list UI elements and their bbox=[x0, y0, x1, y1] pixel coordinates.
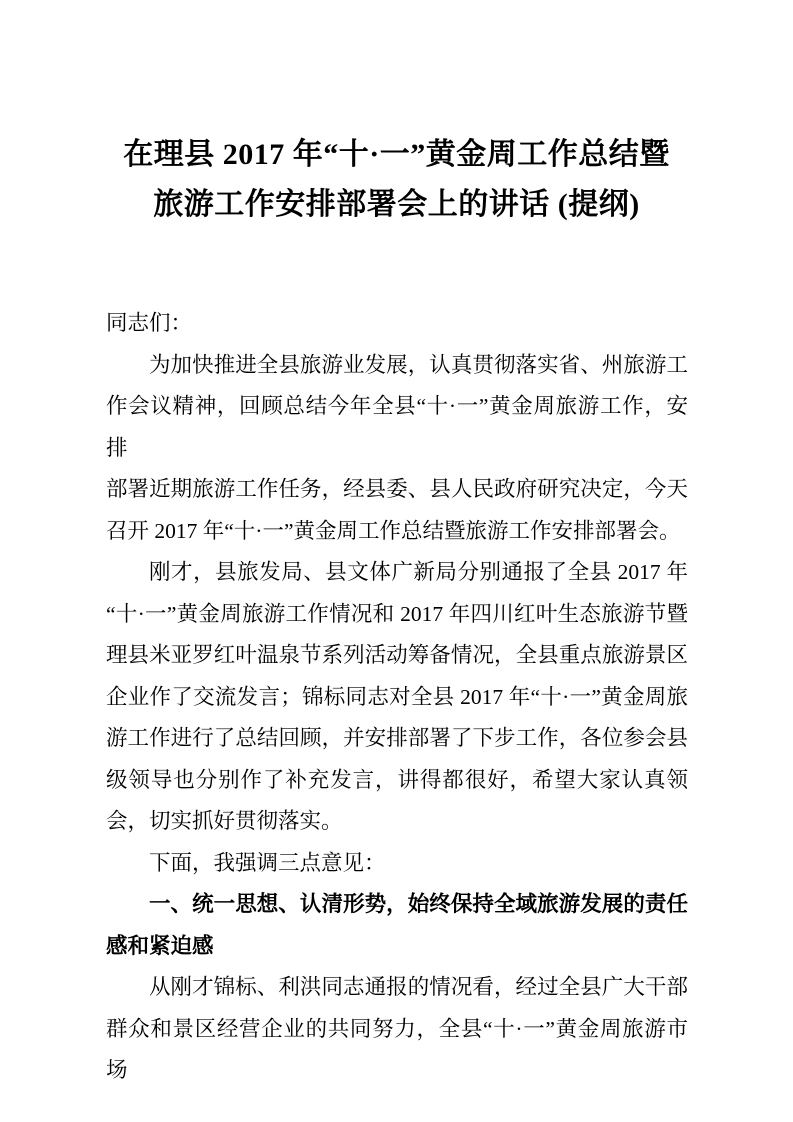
body-line: 一、统一思想、认清形势，始终保持全域旅游发展的责任 bbox=[106, 884, 688, 926]
body-line: “十·一”黄金周旅游工作情况和 2017 年四川红叶生态旅游节暨 bbox=[106, 594, 688, 636]
body-line: 会，切实抓好贯彻落实。 bbox=[106, 801, 688, 843]
body-line: 下面，我强调三点意见： bbox=[106, 843, 688, 885]
document-body: 同志们：为加快推进全县旅游业发展，认真贯彻落实省、州旅游工作会议精神，回顾总结今… bbox=[106, 303, 688, 1092]
body-line: 群众和景区经营企业的共同努力，全县“十·一”黄金周旅游市场 bbox=[106, 1009, 688, 1092]
document-title: 在理县 2017 年“十·一”黄金周工作总结暨 旅游工作安排部署会上的讲话 (提… bbox=[98, 130, 695, 230]
body-line: 召开 2017 年“十·一”黄金周工作总结暨旅游工作安排部署会。 bbox=[106, 511, 688, 553]
body-line: 级领导也分别作了补充发言，讲得都很好，希望大家认真领 bbox=[106, 760, 688, 802]
body-line: 游工作进行了总结回顾，并安排部署了下步工作，各位参会县 bbox=[106, 718, 688, 760]
body-line: 理县米亚罗红叶温泉节系列活动筹备情况，全县重点旅游景区 bbox=[106, 635, 688, 677]
body-line: 感和紧迫感 bbox=[106, 926, 688, 968]
body-line: 部署近期旅游工作任务，经县委、县人民政府研究决定，今天 bbox=[106, 469, 688, 511]
body-line: 刚才，县旅发局、县文体广新局分别通报了全县 2017 年 bbox=[106, 552, 688, 594]
body-line: 从刚才锦标、利洪同志通报的情况看，经过全县广大干部 bbox=[106, 967, 688, 1009]
body-line: 作会议精神，回顾总结今年全县“十·一”黄金周旅游工作，安排 bbox=[106, 386, 688, 469]
title-line-2: 旅游工作安排部署会上的讲话 (提纲) bbox=[98, 180, 695, 230]
body-line: 为加快推进全县旅游业发展，认真贯彻落实省、州旅游工 bbox=[106, 345, 688, 387]
title-line-1: 在理县 2017 年“十·一”黄金周工作总结暨 bbox=[98, 130, 695, 180]
body-line: 企业作了交流发言；锦标同志对全县 2017 年“十·一”黄金周旅 bbox=[106, 677, 688, 719]
document-page: 在理县 2017 年“十·一”黄金周工作总结暨 旅游工作安排部署会上的讲话 (提… bbox=[0, 0, 793, 1122]
body-line: 同志们： bbox=[106, 303, 688, 345]
